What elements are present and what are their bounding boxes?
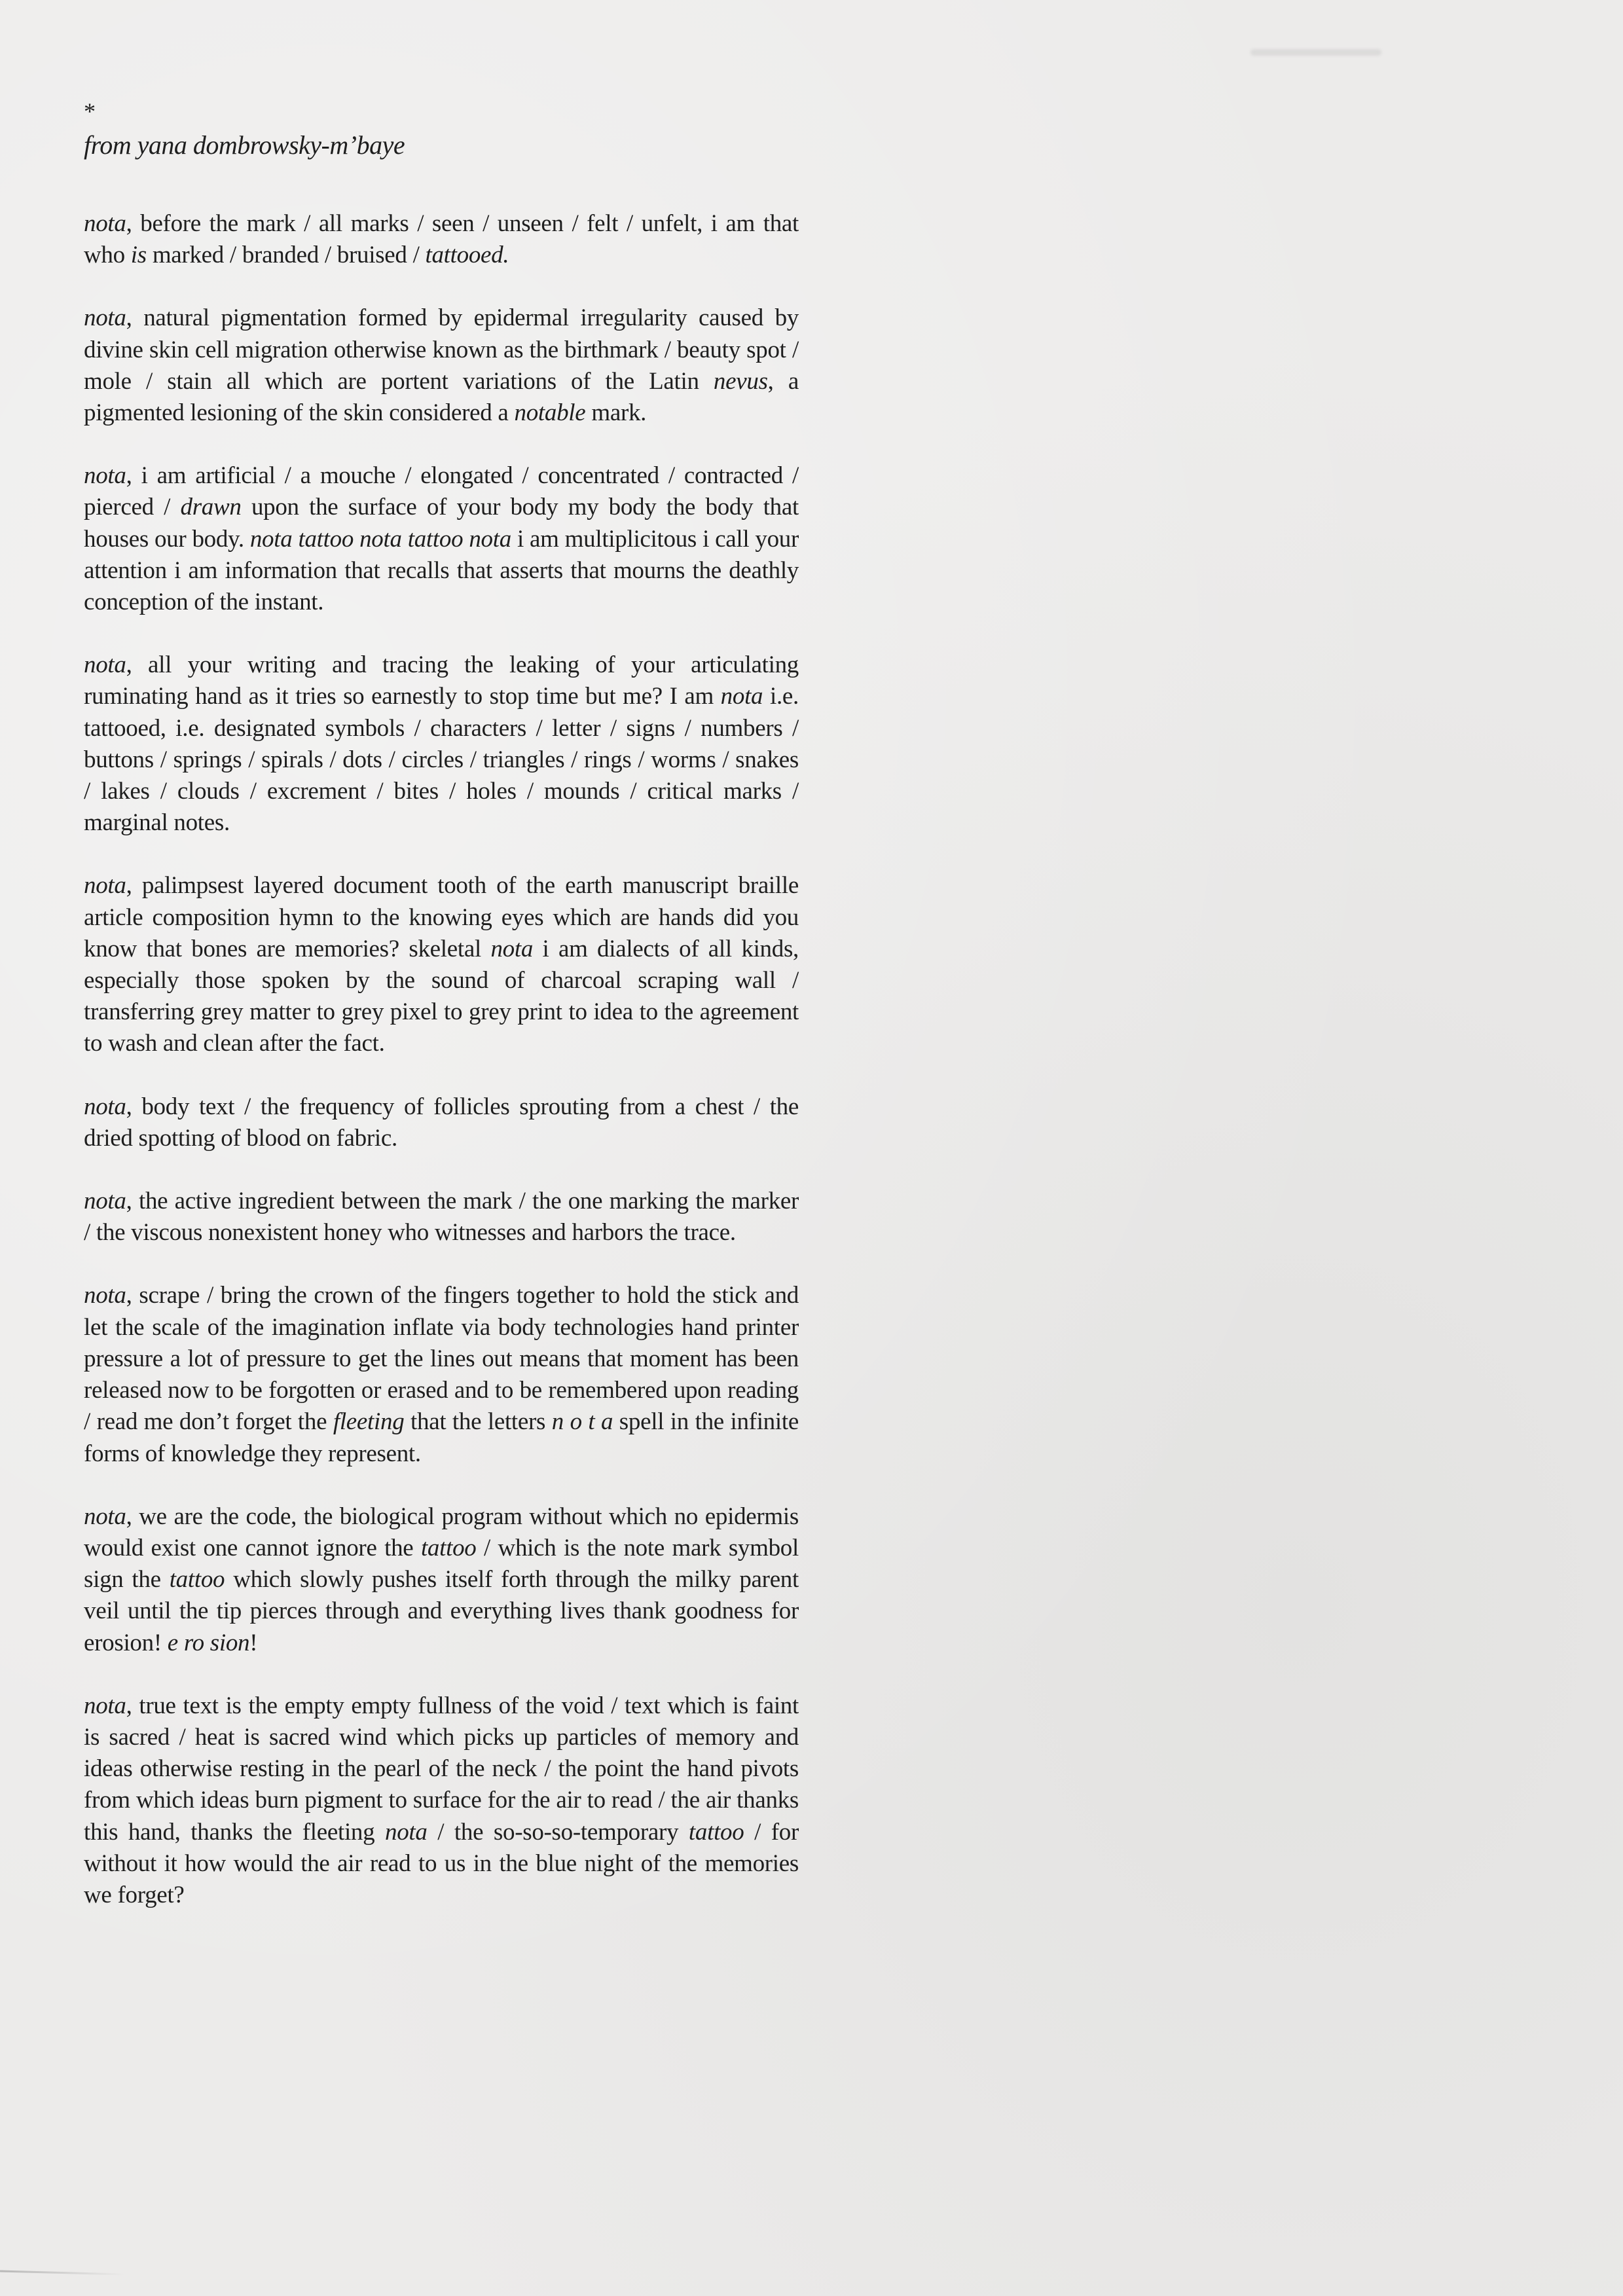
text-run: ! (249, 1630, 257, 1656)
text-run: , the active ingredient between the mark… (84, 1188, 799, 1246)
italic-run: nota (84, 210, 126, 237)
stanza: nota, palimpsest layered document tooth … (84, 870, 799, 1059)
stanza: nota, the active ingredient between the … (84, 1186, 799, 1248)
italic-run: nota (721, 683, 763, 710)
italic-run: nota (84, 1503, 126, 1530)
italic-run: e ro sion (168, 1630, 249, 1656)
italic-run: nota (84, 462, 126, 489)
stanza: nota, before the mark / all marks / seen… (84, 208, 799, 271)
stanza: nota, i am artificial / a mouche / elong… (84, 460, 799, 618)
italic-run: nota (490, 936, 533, 962)
text-run: , natural pigmentation formed by epiderm… (84, 304, 799, 394)
text-run: , all your writing and tracing the leaki… (84, 651, 799, 710)
italic-run: nota (84, 651, 126, 678)
document-page: * from yana dombrowsky-m’baye nota, befo… (84, 98, 799, 1942)
italic-run: nota (84, 1692, 126, 1719)
stanza: nota, all your writing and tracing the l… (84, 649, 799, 839)
stanza: nota, scrape / bring the crown of the fi… (84, 1280, 799, 1469)
section-asterisk: * (84, 98, 799, 124)
italic-run: nota (84, 872, 126, 899)
stanza: nota, true text is the empty empty fulln… (84, 1690, 799, 1911)
scan-edge-shadow (0, 2270, 124, 2276)
stanza: nota, we are the code, the biological pr… (84, 1501, 799, 1659)
author-byline: from yana dombrowsky-m’baye (84, 128, 799, 162)
italic-run: nota (84, 1188, 126, 1214)
italic-run: tattoo (421, 1535, 477, 1561)
italic-run: tattoo (170, 1566, 225, 1593)
italic-run: nota (385, 1819, 428, 1846)
italic-run: drawn (181, 494, 242, 520)
italic-run: nota tattoo nota tattoo nota (250, 526, 511, 553)
italic-run: n o t a (552, 1408, 613, 1435)
italic-run: nota (84, 1093, 126, 1120)
stanza: nota, natural pigmentation formed by epi… (84, 302, 799, 429)
italic-run: nota (84, 1282, 126, 1309)
stanza: nota, body text / the frequency of folli… (84, 1091, 799, 1154)
text-run: marked / branded / bruised / (147, 242, 426, 268)
text-run: mark. (585, 399, 646, 426)
italic-run: tattoo (689, 1819, 744, 1846)
italic-run: notable (515, 399, 586, 426)
poem-body: nota, before the mark / all marks / seen… (84, 208, 799, 1911)
text-run: , body text / the frequency of follicles… (84, 1093, 799, 1152)
text-run: / the so-so-so-temporary (428, 1819, 689, 1846)
italic-run: is (131, 242, 147, 268)
italic-run: fleeting (333, 1408, 405, 1435)
text-run: that the letters (404, 1408, 551, 1435)
italic-run: tattooed. (426, 242, 509, 268)
italic-run: nota (84, 304, 126, 331)
scan-show-through-mark (1250, 49, 1381, 56)
italic-run: nevus (714, 368, 768, 395)
